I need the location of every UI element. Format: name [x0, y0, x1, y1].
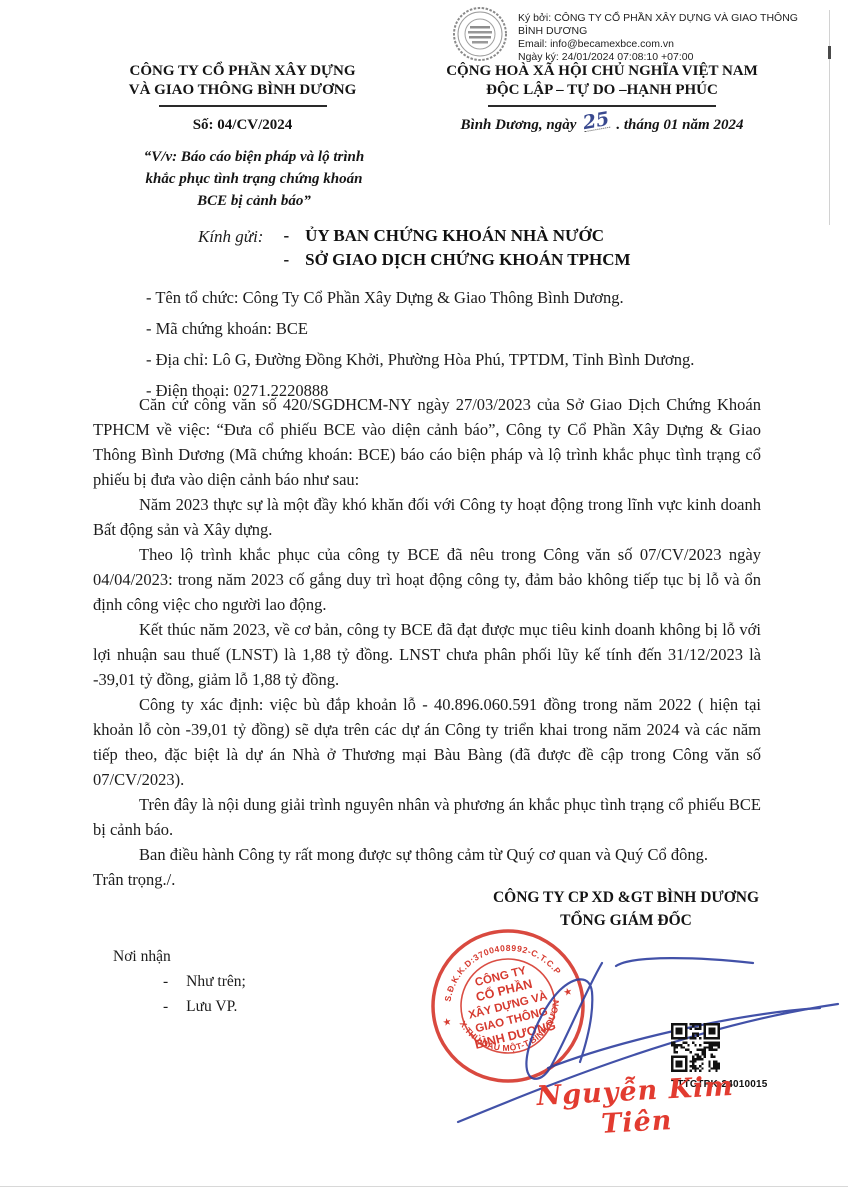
dash-bullet: -	[283, 250, 289, 270]
digsig-signer: Ký bởi: CÔNG TY CỔ PHẦN XÂY DỰNG VÀ GIAO…	[518, 12, 810, 38]
salutation-block: Kính gửi: - ỦY BAN CHỨNG KHOÁN NHÀ NƯỚC …	[198, 226, 631, 270]
subject-line: “V/v: Báo cáo biện pháp và lộ trình	[108, 146, 400, 168]
org-name-line: - Tên tổ chức: Công Ty Cổ Phần Xây Dựng …	[146, 282, 694, 313]
recipient-name: SỞ GIAO DỊCH CHỨNG KHOÁN TPHCM	[305, 250, 630, 270]
date-line: Bình Dương, ngày 25 . tháng 01 năm 2024	[392, 115, 812, 135]
digital-signature-block: Ký bởi: CÔNG TY CỔ PHẦN XÂY DỰNG VÀ GIAO…	[518, 12, 810, 64]
signing-block: CÔNG TY CP XD &GT BÌNH DƯƠNG TỔNG GIÁM Đ…	[440, 886, 812, 932]
subject-line: BCE bị cảnh báo”	[108, 190, 400, 212]
national-motto-line1: CỘNG HOÀ XÃ HỘI CHỦ NGHĨA VIỆT NAM	[392, 62, 812, 81]
subject-block: “V/v: Báo cáo biện pháp và lộ trình khắc…	[108, 146, 400, 212]
document-number: Số: 04/CV/2024	[95, 116, 390, 135]
stamp-star-left: ★	[442, 1016, 453, 1029]
address-line: - Địa chỉ: Lô G, Đường Đồng Khởi, Phường…	[146, 344, 694, 375]
handwritten-day: 25	[582, 110, 611, 131]
dash-bullet: -	[163, 969, 168, 994]
date-prefix: Bình Dương, ngày	[461, 117, 577, 133]
digital-seal-icon	[452, 6, 508, 62]
body-paragraph: Kết thúc năm 2023, về cơ bản, công ty BC…	[93, 617, 761, 692]
qr-code	[671, 1023, 720, 1072]
scan-bottom-edge	[0, 1186, 848, 1187]
org-info-block: - Tên tổ chức: Công Ty Cổ Phần Xây Dựng …	[146, 282, 694, 406]
salutation-label: Kính gửi:	[198, 226, 263, 270]
body-paragraph: Theo lộ trình khắc phục của công ty BCE …	[93, 542, 761, 617]
recipient-line: - SỞ GIAO DỊCH CHỨNG KHOÁN TPHCM	[283, 250, 630, 270]
recipients-footer-item: - Lưu VP.	[113, 994, 246, 1019]
header-divider	[488, 105, 716, 107]
stamp-star-right: ★	[562, 986, 573, 999]
national-motto-line2: ĐỘC LẬP – TỰ DO –HẠNH PHÚC	[392, 81, 812, 100]
company-stamp: S.Đ.K.K.D:3700408992-C.T.C.P TX.THỦ DẦU …	[411, 909, 605, 1103]
scan-edge-line	[829, 10, 830, 225]
signer-name: Nguyễn Kim Tiên	[517, 1070, 756, 1144]
company-name-line2: VÀ GIAO THÔNG BÌNH DƯƠNG	[95, 81, 390, 100]
recipients-footer: Nơi nhận - Như trên; - Lưu VP.	[113, 944, 246, 1019]
recipients-footer-item: - Như trên;	[113, 969, 246, 994]
recipients-footer-label: Nơi nhận	[113, 944, 246, 969]
header-divider	[159, 105, 327, 107]
company-name-line1: CÔNG TY CỔ PHẦN XÂY DỰNG	[95, 62, 390, 81]
body-paragraph: Công ty xác định: việc bù đắp khoản lỗ -…	[93, 692, 761, 792]
subject-line: khắc phục tình trạng chứng khoán	[108, 168, 400, 190]
date-suffix: . tháng 01 năm 2024	[616, 117, 743, 133]
body-paragraph: Năm 2023 thực sự là một đầy khó khăn đối…	[93, 492, 761, 542]
body-paragraph: Ban điều hành Công ty rất mong được sự t…	[93, 842, 761, 867]
body-text: Căn cứ công văn số 420/SGDHCM-NY ngày 27…	[93, 392, 761, 892]
dash-bullet: -	[283, 226, 289, 246]
digsig-email: Email: info@becamexbce.com.vn	[518, 38, 810, 51]
header-company: CÔNG TY CỔ PHẦN XÂY DỰNG VÀ GIAO THÔNG B…	[95, 62, 390, 135]
scan-edge-mark	[828, 46, 831, 59]
recipient-name: ỦY BAN CHỨNG KHOÁN NHÀ NƯỚC	[305, 226, 604, 246]
ticker-line: - Mã chứng khoán: BCE	[146, 313, 694, 344]
body-paragraph: Trên đây là nội dung giải trình nguyên n…	[93, 792, 761, 842]
recipient-line: - ỦY BAN CHỨNG KHOÁN NHÀ NƯỚC	[283, 226, 630, 246]
document-page: Ký bởi: CÔNG TY CỔ PHẦN XÂY DỰNG VÀ GIAO…	[0, 0, 848, 1200]
dash-bullet: -	[163, 994, 168, 1019]
signing-company: CÔNG TY CP XD &GT BÌNH DƯƠNG	[440, 886, 812, 909]
body-paragraph: Căn cứ công văn số 420/SGDHCM-NY ngày 27…	[93, 392, 761, 492]
header-national: CỘNG HOÀ XÃ HỘI CHỦ NGHĨA VIỆT NAM ĐỘC L…	[392, 62, 812, 135]
